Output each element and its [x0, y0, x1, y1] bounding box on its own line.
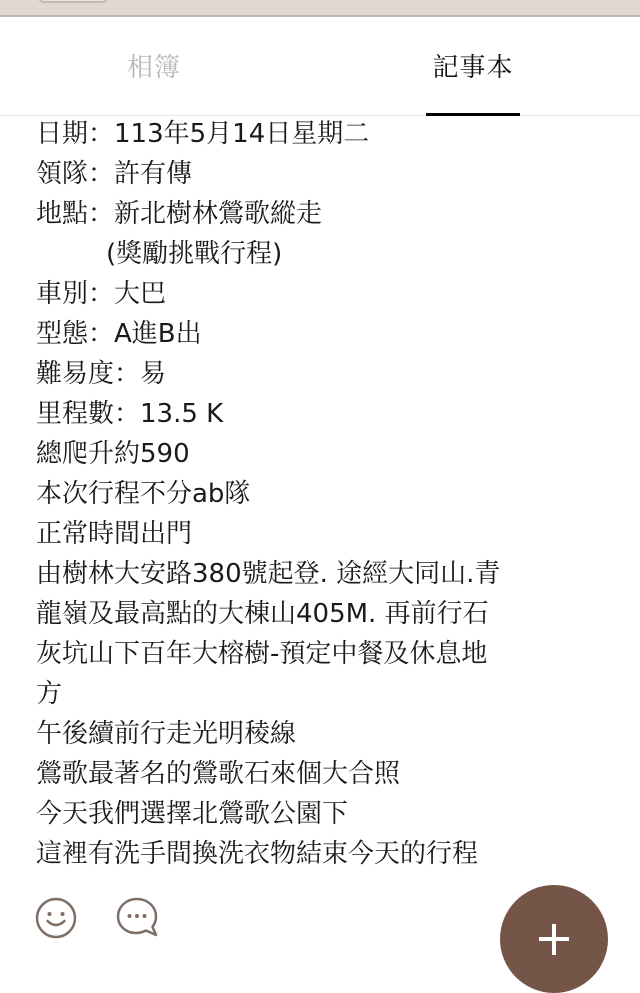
note-line-departure: 正常時間出門	[36, 514, 616, 554]
note-line-route-3: 灰坑山下百年大榕樹-預定中餐及休息地	[36, 634, 616, 674]
note-line-location-note: (獎勵挑戰行程)	[36, 234, 616, 274]
tab-album[interactable]: 相簿	[94, 50, 214, 90]
note-line-end: 這裡有洗手間換洗衣物結束今天的行程	[36, 834, 616, 874]
note-line-date: 日期：113年5月14日星期二	[36, 116, 616, 154]
note-line-exit: 今天我們選擇北鶯歌公園下	[36, 794, 616, 834]
add-note-button[interactable]	[500, 885, 608, 962]
top-strip-button[interactable]	[38, 0, 108, 2]
note-line-photo: 鶯歌最著名的鶯歌石來個大合照	[36, 754, 616, 794]
note-line-distance: 里程數：13.5 K	[36, 394, 616, 434]
top-strip	[0, 0, 640, 17]
note-line-route-2: 龍嶺及最高點的大棟山405M. 再前行石	[36, 594, 616, 634]
note-line-route-type: 型態：A進B出	[36, 314, 616, 354]
chat-bubble-icon[interactable]	[114, 895, 160, 941]
note-line-difficulty: 難易度：易	[36, 354, 616, 394]
plus-icon-bar	[539, 937, 569, 941]
note-line-route-1: 由樹林大安路380號起登. 途經大同山.青	[36, 554, 616, 594]
note-line-location: 地點：新北樹林鶯歌縱走	[36, 194, 616, 234]
note-line-groups: 本次行程不分ab隊	[36, 474, 616, 514]
note-body: 日期：113年5月14日星期二 領隊：許有傳 地點：新北樹林鶯歌縱走 (獎勵挑戰…	[36, 116, 616, 876]
note-line-afternoon: 午後續前行走光明稜線	[36, 714, 616, 754]
smiley-face-icon[interactable]	[33, 895, 79, 941]
note-actions	[0, 880, 640, 962]
note-line-vehicle: 車別：大巴	[36, 274, 616, 314]
tab-notes[interactable]: 記事本	[413, 50, 533, 90]
note-line-route-4: 方	[36, 674, 616, 714]
note-line-elevation: 總爬升約590	[36, 434, 616, 474]
note-line-leader: 領隊：許有傳	[36, 154, 616, 194]
tab-bar: 相簿 記事本	[0, 17, 640, 116]
